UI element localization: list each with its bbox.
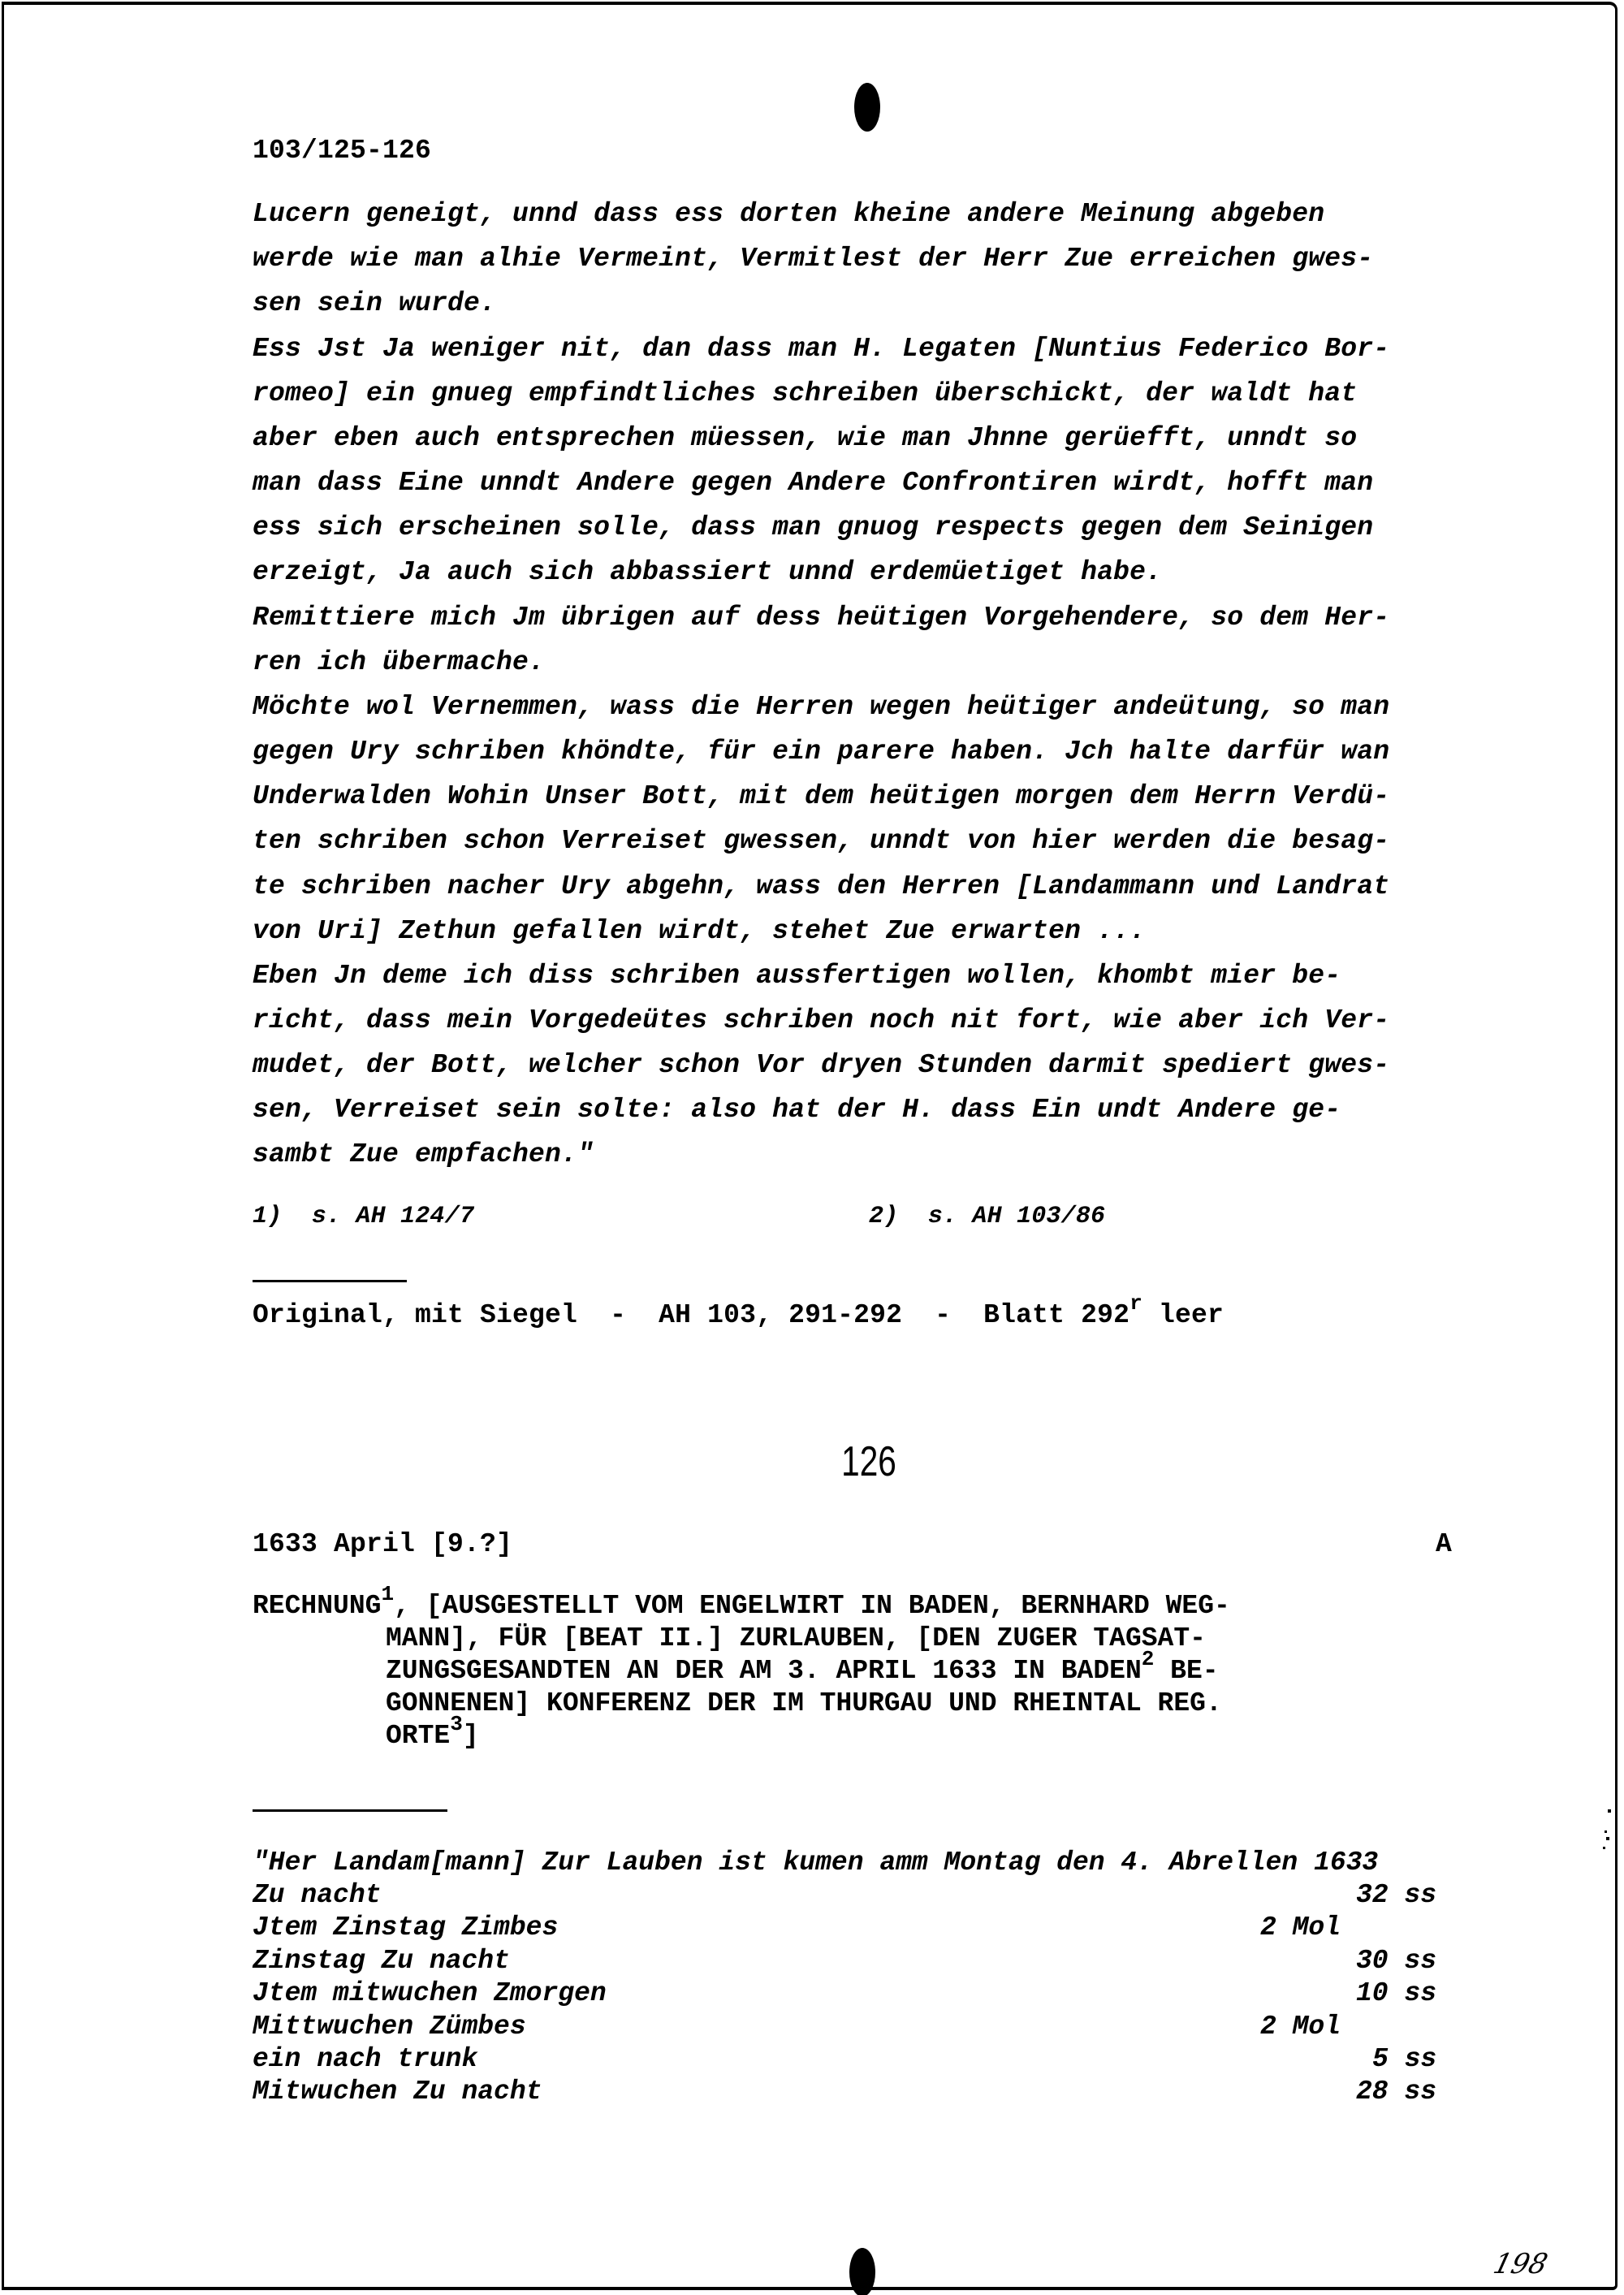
title-line: GONNENEN] KONFERENZ DER IM THURGAU UND R…	[253, 1688, 1471, 1720]
ledger-amount: 5 ss	[1372, 2043, 1436, 2076]
source-note-text: Original, mit Siegel - AH 103, 291-292 -…	[253, 1300, 1129, 1330]
letter-line: sen sein wurde.	[253, 287, 496, 320]
source-note-suffix: leer	[1142, 1300, 1224, 1330]
letter-line: ten schriben schon Verreiset gwessen, un…	[253, 825, 1389, 858]
ledger-item: Zu nacht	[253, 1879, 381, 1912]
ledger-item: Mitwuchen Zu nacht	[253, 2076, 542, 2108]
letter-line: mudet, der Bott, welcher schon Vor dryen…	[253, 1049, 1389, 1082]
letter-line: aber eben auch entsprechen müessen, wie …	[253, 422, 1357, 455]
letter-line: romeo] ein gnueg empfindtliches schreibe…	[253, 378, 1357, 410]
letter-line: erzeigt, Ja auch sich abbassiert unnd er…	[253, 556, 1162, 589]
handwritten-folio-number: 198	[1490, 2248, 1551, 2280]
title-text: ORTE	[386, 1721, 450, 1751]
footnote-text: s. AH 103/86	[928, 1203, 1105, 1230]
letter-line: werde wie man alhie Vermeint, Vermitlest…	[253, 243, 1373, 275]
footnote-marker: 2)	[869, 1203, 898, 1230]
footnote-divider	[253, 1280, 407, 1282]
footnote-ref: 2	[1142, 1647, 1155, 1671]
title-text: ZUNGSGESANDTEN AN DER AM 3. APRIL 1633 I…	[386, 1656, 1142, 1686]
letter-line: ess sich erscheinen solle, dass man gnuo…	[253, 512, 1373, 544]
punch-hole-bottom	[849, 2248, 875, 2295]
letter-line: gegen Ury schriben khöndte, für ein pare…	[253, 736, 1389, 768]
ledger-amount: 10 ss	[1356, 1977, 1436, 2010]
document-date: 1633 April [9.?]	[253, 1528, 512, 1561]
source-note: Original, mit Siegel - AH 103, 291-292 -…	[253, 1299, 1224, 1332]
ledger-amount: 32 ss	[1356, 1879, 1436, 1912]
letter-line: Remittiere mich Jm übrigen auf dess heüt…	[253, 602, 1389, 634]
document-type-marker: A	[1436, 1528, 1452, 1561]
document-number: 126	[824, 1437, 913, 1486]
letter-line: Underwalden Wohin Unser Bott, mit dem he…	[253, 780, 1389, 813]
ledger-item: Zinstag Zu nacht	[253, 1945, 510, 1977]
letter-line: Ess Jst Ja weniger nit, dan dass man H. …	[253, 333, 1389, 365]
ledger-item: Mittwuchen Zümbes	[253, 2011, 526, 2043]
page-reference: 103/125-126	[253, 135, 431, 167]
recto-marker: r	[1129, 1291, 1142, 1316]
ledger-amount: 30 ss	[1356, 1945, 1436, 1977]
document-title: RECHNUNG1, [AUSGESTELLT VOM ENGELWIRT IN…	[253, 1590, 1471, 1753]
title-text: BE-	[1154, 1656, 1218, 1686]
letter-line: von Uri] Zethun gefallen wirdt, stehet Z…	[253, 915, 1146, 948]
letter-line: richt, dass mein Vorgedeütes schriben no…	[253, 1005, 1389, 1037]
ledger-item: ein nach trunk	[253, 2043, 477, 2076]
title-divider	[253, 1809, 447, 1812]
footnote-1: 1) s. AH 124/7	[253, 1200, 474, 1233]
ledger-amount: 28 ss	[1356, 2076, 1436, 2108]
footnote-ref: 3	[450, 1712, 463, 1736]
title-line: ORTE3]	[253, 1720, 1471, 1753]
letter-line: sen, Verreiset sein solte: also hat der …	[253, 1094, 1341, 1126]
letter-line: sambt Zue empfachen."	[253, 1139, 594, 1171]
title-line: RECHNUNG1, [AUSGESTELLT VOM ENGELWIRT IN…	[253, 1590, 1471, 1623]
scan-specks	[1601, 1809, 1613, 1858]
letter-line: Lucern geneigt, unnd dass ess dorten khe…	[253, 198, 1324, 231]
letter-line: man dass Eine unndt Andere gegen Andere …	[253, 467, 1373, 499]
title-text: ]	[463, 1721, 479, 1751]
ledger-amount: 2 Mol	[1260, 2011, 1341, 2043]
letter-line: ren ich übermache.	[253, 646, 545, 679]
title-line: MANN], FÜR [BEAT II.] ZURLAUBEN, [DEN ZU…	[253, 1623, 1471, 1655]
letter-line: Eben Jn deme ich diss schriben aussferti…	[253, 960, 1341, 992]
footnote-text: s. AH 124/7	[312, 1203, 474, 1230]
ledger-item: Jtem Zinstag Zimbes	[253, 1912, 558, 1944]
title-text: RECHNUNG	[253, 1591, 381, 1621]
ledger-heading: "Her Landam[mann] Zur Lauben ist kumen a…	[253, 1847, 1378, 1879]
ledger-item: Jtem mitwuchen Zmorgen	[253, 1977, 607, 2010]
letter-line: Möchte wol Vernemmen, wass die Herren we…	[253, 691, 1389, 724]
footnote-marker: 1)	[253, 1203, 282, 1230]
ledger-amount: 2 Mol	[1260, 1912, 1341, 1944]
title-text: , [AUSGESTELLT VOM ENGELWIRT IN BADEN, B…	[394, 1591, 1230, 1621]
title-line: ZUNGSGESANDTEN AN DER AM 3. APRIL 1633 I…	[253, 1655, 1471, 1688]
punch-hole-top	[854, 83, 880, 132]
footnote-2: 2) s. AH 103/86	[869, 1200, 1105, 1233]
letter-line: te schriben nacher Ury abgehn, wass den …	[253, 871, 1389, 903]
footnote-ref: 1	[381, 1582, 394, 1606]
